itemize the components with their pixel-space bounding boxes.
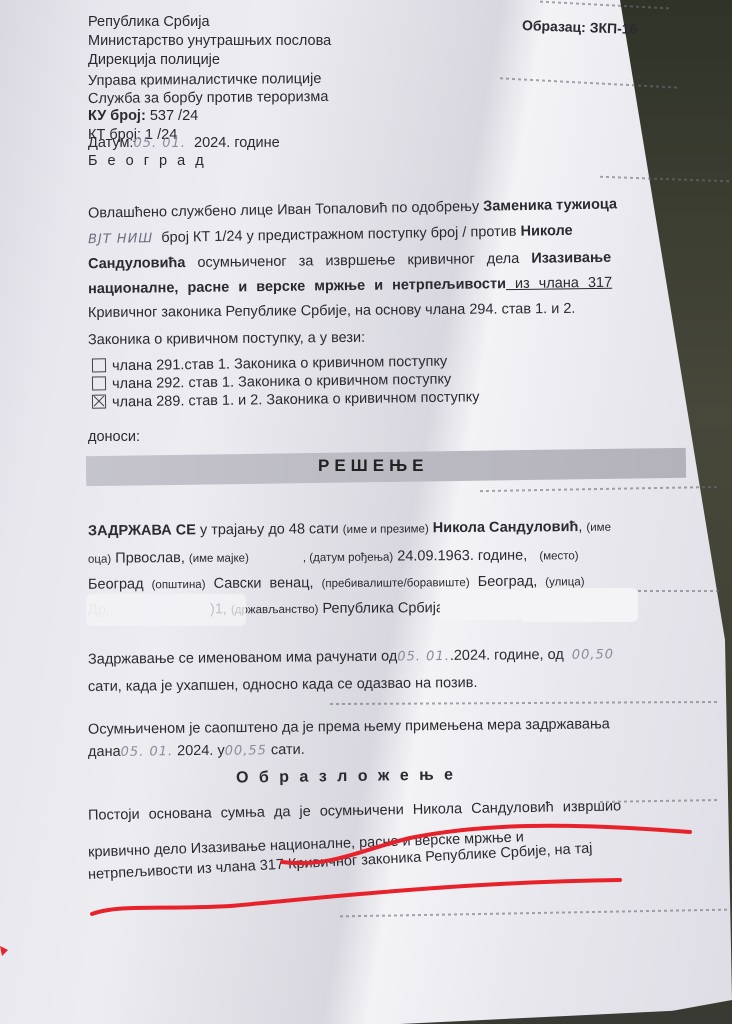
red-underline-1 xyxy=(282,826,690,863)
red-mark xyxy=(0,946,8,956)
document: Република Србија Министарство унутрашњих… xyxy=(0,0,732,1024)
red-underline-2 xyxy=(92,880,620,914)
red-underline-marks xyxy=(0,0,732,1024)
